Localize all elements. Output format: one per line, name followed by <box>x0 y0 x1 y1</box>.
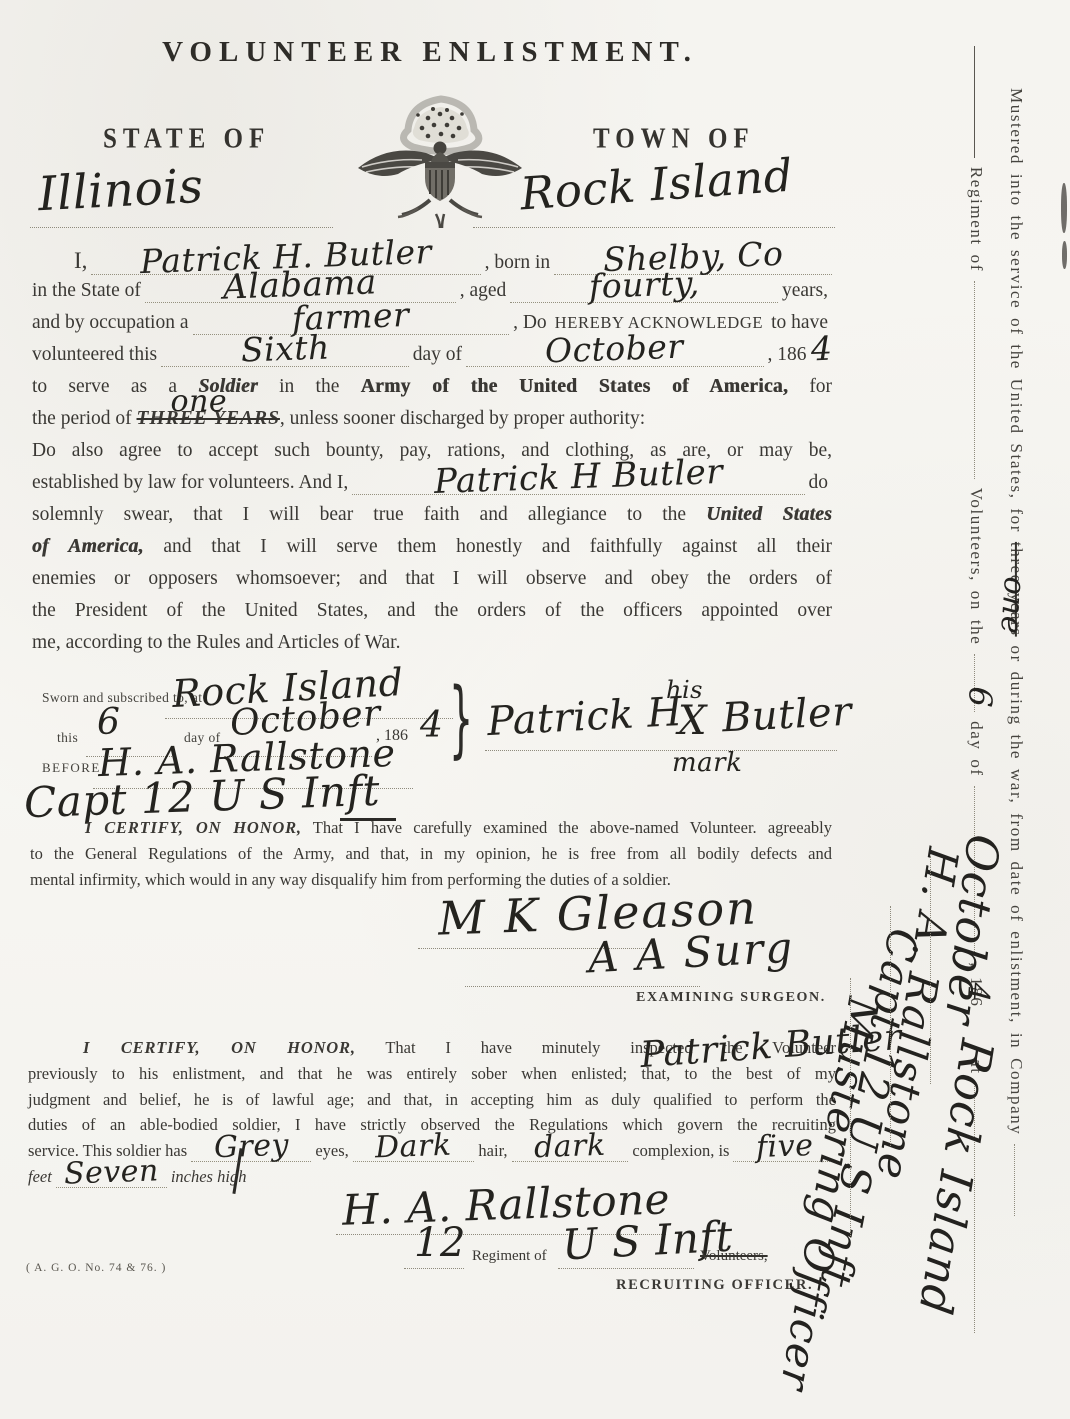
oath-line-4: volunteered this Sixth day of October , … <box>32 344 832 376</box>
dotted-underline <box>485 750 837 751</box>
term-overwrite-handwriting: one <box>171 384 228 419</box>
complexion-label: complexion, is <box>628 1141 733 1161</box>
term-struck-wrap: THREE YEARSone <box>137 408 280 429</box>
born-in-label: , born in <box>481 252 555 274</box>
regiment-name-blank <box>974 281 978 479</box>
for-word: for <box>809 376 832 397</box>
do-word: do <box>805 472 833 494</box>
regiment-of-label: Regiment of <box>472 1248 547 1265</box>
oath-line-12: the President of the United States, and … <box>32 600 832 632</box>
sworn-year-digit-handwriting: 4 <box>420 705 443 746</box>
margin-mustered-line: Mustered into the service of the United … <box>1006 88 1026 1216</box>
president-line-text: the President of the United States, and … <box>32 600 832 621</box>
brace-glyph: } <box>449 672 473 769</box>
regiment-number-handwriting: 12 <box>414 1220 466 1266</box>
day-of-label: day of <box>409 344 466 366</box>
surgeon-rank-handwriting: A A Surg <box>587 923 795 983</box>
serve-pre: to serve as a <box>32 376 177 397</box>
army-phrase: Army of the United States of America, <box>361 376 788 397</box>
age-handwriting: fourty, <box>589 280 700 290</box>
dotted-underline <box>558 1268 694 1269</box>
margin-regiment-of-label: Regiment of <box>967 167 986 272</box>
occupation-label: and by occupation a <box>32 312 193 334</box>
oath-line-10: of America, and that I will serve them h… <box>32 536 832 568</box>
regiment-number-blank <box>974 46 978 158</box>
oath-line-2: in the State of Alabama , aged fourty, y… <box>32 280 832 312</box>
enlist-month-blank: October <box>466 344 763 367</box>
volunteer-name-2-blank: Patrick H Butler <box>352 472 804 495</box>
oath-line-9: solemnly swear, that I will bear true fa… <box>32 504 832 536</box>
oath-i: I, <box>32 248 91 274</box>
volunteer-signature-first: Patrick H <box>486 689 684 745</box>
rules-line-text: me, according to the Rules and Articles … <box>32 632 400 653</box>
margin-volunteers-on-the: Volunteers, on the <box>967 488 986 646</box>
year-printed: , 186 <box>764 344 811 366</box>
volunteered-this-label: volunteered this <box>32 344 161 366</box>
scan-smudge <box>1062 241 1067 269</box>
margin-year-digit-handwriting: 4 <box>960 982 996 1004</box>
dotted-underline <box>473 227 835 228</box>
birthplace-handwriting: Shelby, Co <box>603 251 784 263</box>
surgeon-cert-line-1: I CERTIFY, ON HONOR, That I have careful… <box>30 818 832 844</box>
years-label: years, <box>778 280 832 302</box>
us-eagle-emblem-icon <box>352 88 528 243</box>
volunteer-signature-last: Butler <box>721 689 853 742</box>
hair-blank: Dark <box>353 1141 475 1162</box>
dotted-leader <box>850 978 851 1238</box>
oath-line-8: established by law for volunteers. And I… <box>32 472 832 504</box>
swear-line-text: solemnly swear, that I will bear true fa… <box>32 504 686 525</box>
complexion-value-handwriting: dark <box>534 1143 606 1151</box>
mustered-pre-text: Mustered into the service of the United … <box>1007 88 1026 533</box>
oath-line-13: me, according to the Rules and Articles … <box>32 632 832 664</box>
serve-line-text: and that I will serve them honestly and … <box>163 536 832 557</box>
age-blank: fourty, <box>510 280 778 303</box>
examining-surgeon-label: EXAMINING SURGEON. <box>636 990 826 1006</box>
surgeon-cert-lead: I CERTIFY, ON HONOR, <box>85 818 302 837</box>
dotted-leader <box>890 906 891 1146</box>
surgeon-cert-line-2: to the General Regulations of the Army, … <box>30 844 832 870</box>
recruit-cert-lead: I CERTIFY, ON HONOR, <box>83 1038 356 1057</box>
height-inches-handwriting: Seven <box>64 1168 159 1177</box>
surgeon-cert-line3-text: mental infirmity, which would in any way… <box>30 870 671 889</box>
oath-line-5: to serve as a Soldier in the Army of the… <box>32 376 832 408</box>
recruit-cert-line-3: judgment and belief, he is of lawful age… <box>28 1090 836 1116</box>
before-label: BEFORE <box>42 760 101 776</box>
surgeon-cert-line1-text: That I have carefully examined the above… <box>313 818 832 837</box>
period-post: , unless sooner discharged by proper aut… <box>280 408 645 429</box>
town-of-label: TOWN OF <box>593 124 755 155</box>
dotted-underline <box>30 227 333 228</box>
height-inches-blank: Seven <box>56 1167 167 1188</box>
enlist-year-digit-handwriting: 4 <box>810 346 832 353</box>
volunteers-struck-label: Volunteers, <box>700 1248 768 1265</box>
mustered-post-text: or during the war, from date of enlistme… <box>1007 645 1026 1135</box>
sworn-day-handwriting: 6 <box>97 702 120 743</box>
oath-line-1: I, Patrick H. Butler , born in Shelby, C… <box>32 248 832 280</box>
enemies-line-text: enemies or opposers whomsoever; and that… <box>32 568 832 589</box>
oath-line-3: and by occupation a farmer , Do HEREBY A… <box>32 312 832 344</box>
volunteer-name-handwriting: Patrick H. Butler <box>140 249 432 265</box>
company-blank <box>1014 1144 1018 1216</box>
dotted-underline <box>404 1268 464 1269</box>
complexion-blank: dark <box>512 1141 629 1162</box>
page-title: VOLUNTEER ENLISTMENT. <box>30 36 830 69</box>
oath-paragraph: I, Patrick H. Butler , born in Shelby, C… <box>32 248 832 664</box>
recruiting-officer-label: RECRUITING OFFICER. <box>616 1277 813 1294</box>
united-states-bold: United States <box>706 504 832 525</box>
in-the-label: in the <box>279 376 339 397</box>
surgeon-cert-line2-text: to the General Regulations of the Army, … <box>30 844 832 863</box>
hair-label: hair, <box>474 1141 511 1161</box>
of-america-bold: of America, <box>32 536 144 557</box>
eyes-label: eyes, <box>311 1141 352 1161</box>
scan-smudge <box>1061 183 1067 233</box>
hair-value-handwriting: Dark <box>375 1143 452 1152</box>
occupation-handwriting: farmer <box>292 312 409 322</box>
established-line-text: established by law for volunteers. And I… <box>32 472 352 494</box>
form-number: ( A. G. O. No. 74 & 76. ) <box>26 1262 166 1274</box>
sworn-this-label: this <box>57 730 78 746</box>
town-value-handwriting: Rock Island <box>518 149 794 221</box>
oath-line-6: the period of THREE YEARSone, unless soo… <box>32 408 832 440</box>
margin-day-handwriting: 6 <box>961 685 1000 709</box>
margin-term-overwrite-handwriting: one <box>993 576 1032 636</box>
volunteer-name-2-handwriting: Patrick H Butler <box>434 469 723 485</box>
enlistment-document-page: VOLUNTEER ENLISTMENT. STATE OF TOWN OF <box>0 0 1070 1419</box>
oath-line-11: enemies or opposers whomsoever; and that… <box>32 568 832 600</box>
margin-day-of-label: day of <box>967 721 986 777</box>
recruit-cert-line3-text: judgment and belief, he is of lawful age… <box>28 1090 836 1109</box>
mark-word-handwriting: mark <box>672 748 742 778</box>
state-of-label: STATE OF <box>103 124 270 155</box>
enlist-day-handwriting: Sixth <box>240 344 329 353</box>
in-state-of-label: in the State of <box>32 280 145 302</box>
period-pre: the period of <box>32 408 132 429</box>
height-feet-handwriting: five <box>756 1143 814 1151</box>
eyes-value-handwriting: Grey <box>214 1143 289 1152</box>
enlist-month-handwriting: October <box>545 344 684 355</box>
eyes-blank: Grey <box>191 1141 311 1162</box>
dotted-underline <box>465 986 700 987</box>
birth-state-handwriting: Alabama <box>223 279 377 290</box>
feet-label: feet <box>28 1167 56 1187</box>
aged-label: , aged <box>456 280 511 302</box>
state-value-handwriting: Illinois <box>37 159 205 223</box>
dotted-leader <box>930 856 931 1084</box>
x-mark-handwriting: X <box>678 698 707 744</box>
enlist-day-blank: Sixth <box>161 344 409 367</box>
